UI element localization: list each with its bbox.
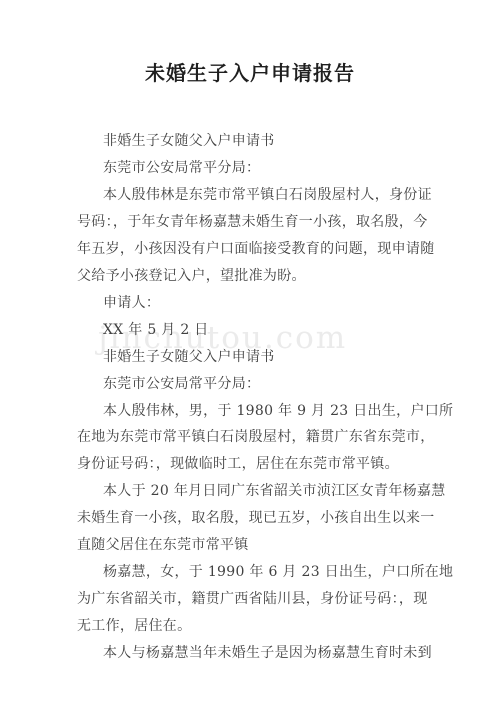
text-line: 东莞市公安局常平分局： [77,371,424,398]
text-line: 直随父居住在东莞市常平镇 [77,532,424,559]
text-line: 本人于 20 年月日同广东省韶关市浈江区女青年杨嘉慧 [77,478,424,505]
text-line: 东莞市公安局常平分局： [77,155,424,182]
text-line: 父给予小孩登记入户，望批准为盼。 [77,263,424,290]
text-line: 身份证号码：，现做临时工，居住在东莞市常平镇。 [77,451,424,478]
text-line: 本人殷伟林，男，于 1980 年 9 月 23 日出生，户口所 [77,398,424,425]
text-line: 未婚生育一小孩，取名殷，现已五岁，小孩自出生以来一 [77,505,424,532]
text-line: 申请人： [77,290,424,317]
text-line: 为广东省韶关市，籍贯广西省陆川县，身份证号码：，现 [77,586,424,613]
document-body: 非婚生子女随父入户申请书东莞市公安局常平分局：本人殷伟林是东莞市常平镇白石岗殷屋… [77,128,424,667]
text-line: 号码：，于年女青年杨嘉慧未婚生育一小孩，取名殷，今 [77,209,424,236]
text-line: 非婚生子女随父入户申请书 [77,344,424,371]
text-line: XX 年 5 月 2 日 [77,317,424,344]
document-title: 未婚生子入户申请报告 [0,0,500,86]
text-line: 在地为东莞市常平镇白石岗殷屋村，籍贯广东省东莞市， [77,424,424,451]
document-page: jinchutou.com 未婚生子入户申请报告 非婚生子女随父入户申请书东莞市… [0,0,500,708]
text-line: 非婚生子女随父入户申请书 [77,128,424,155]
text-line: 无工作，居住在。 [77,613,424,640]
text-line: 杨嘉慧，女，于 1990 年 6 月 23 日出生，户口所在地 [77,559,424,586]
text-line: 本人与杨嘉慧当年未婚生子是因为杨嘉慧生育时未到 [77,640,424,667]
text-line: 本人殷伟林是东莞市常平镇白石岗殷屋村人，身份证 [77,182,424,209]
text-line: 年五岁，小孩因没有户口面临接受教育的问题，现申请随 [77,236,424,263]
